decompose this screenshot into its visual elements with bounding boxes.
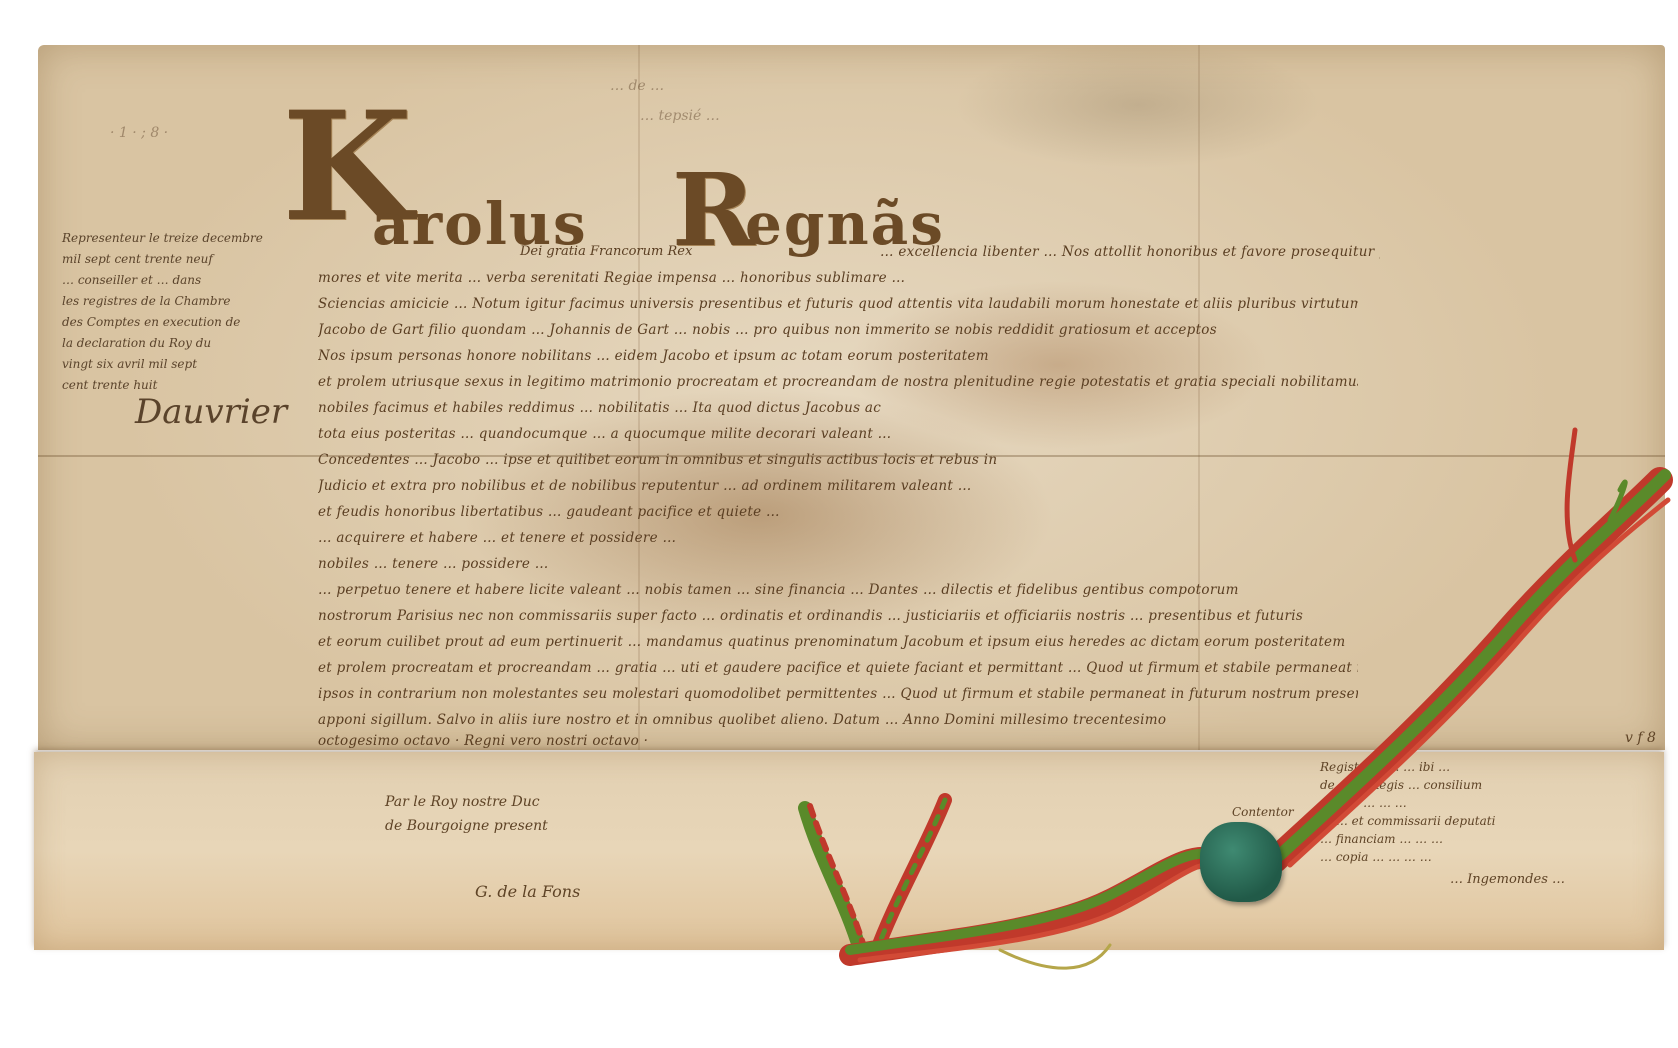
- wax-seal: [1200, 822, 1282, 902]
- silk-cords-icon: [0, 0, 1678, 1048]
